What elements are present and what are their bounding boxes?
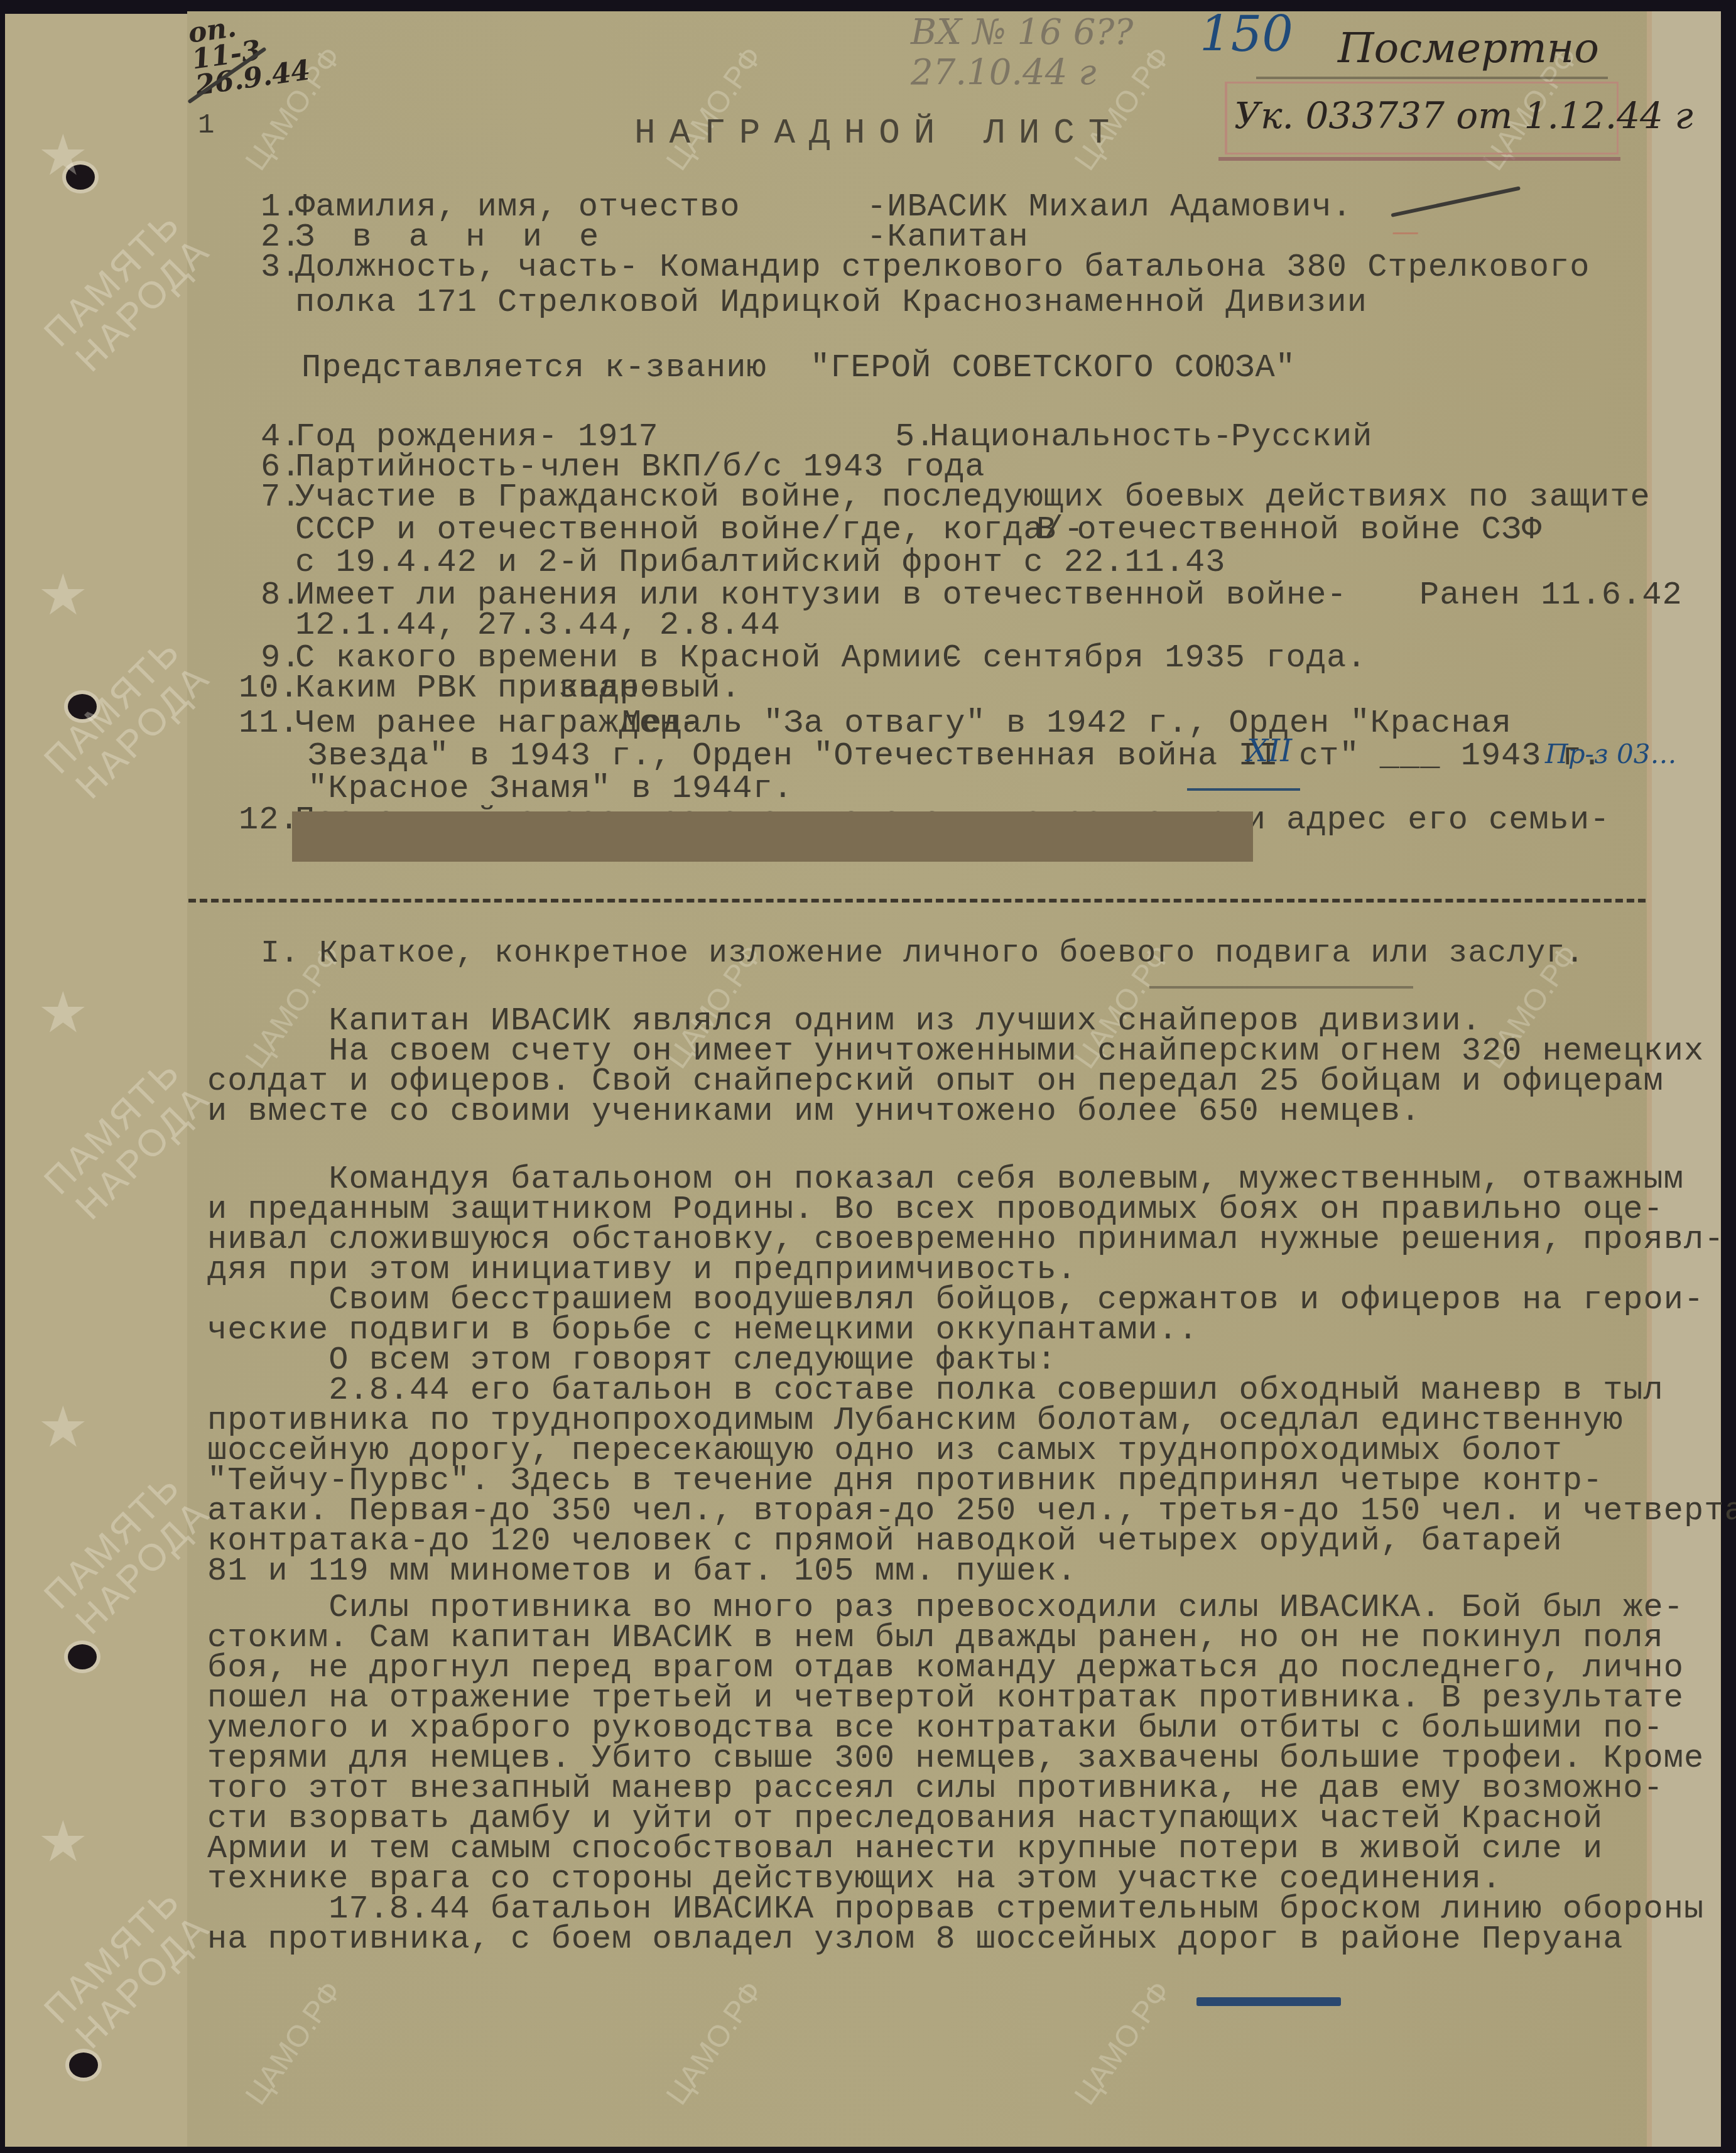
decree-number: Ук. 033737 от 1.12.44 г (1234, 94, 1693, 137)
posthumous-underline (1256, 77, 1608, 79)
star-watermark-icon: ★ (38, 1394, 89, 1460)
item-5-value: Русский (1231, 418, 1372, 455)
order-degree-handwritten: XII (1247, 734, 1292, 769)
item-8-value-cont: 12.1.44, 27.3.44, 2.8.44 (295, 607, 781, 644)
document-title: НАГРАДНОЙ ЛИСТ (634, 113, 1123, 153)
narrative-line: и вместе со своими учениками им уничтоже… (207, 1093, 1421, 1130)
binding-hole-icon (68, 1644, 97, 1669)
archive-reference-note: оп. 11-3 26.9.44 (187, 5, 312, 99)
item-7-value: В отечественной войне СЗФ (1036, 511, 1542, 548)
redacted-address-block (292, 811, 1253, 862)
heading-underline (1149, 986, 1413, 989)
item-3-value: Командир стрелкового батальона 380 Стрел… (659, 249, 1590, 286)
incoming-number: ВХ № 16 6?? (911, 13, 1133, 53)
item-11-number: 11. (239, 705, 300, 742)
star-watermark-icon: ★ (38, 562, 89, 628)
item-11-value-cont: Звезда" в 1943 г., Орден "Отечественная … (308, 737, 1602, 774)
blue-underline-stroke (1187, 788, 1300, 791)
order-margin-note: Пр-з 03… (1545, 739, 1676, 769)
item-7-value-cont: с 19.4.42 и 2-й Прибалтийский фронт с 22… (295, 544, 1225, 581)
item-11-value: Медаль "За отвагу" в 1942 г., Орден "Кра… (622, 705, 1512, 742)
narrative-line: на противника, с боем овладел узлом 8 шо… (207, 1921, 1623, 1958)
narrative-line: 81 и 119 мм минометов и бат. 105 мм. пуш… (207, 1553, 1077, 1590)
incoming-date: 27.10.44 г (911, 53, 1133, 93)
item-3-value-cont: полка 171 Стрелковой Идрицкой Краснознам… (295, 284, 1367, 321)
item-7-label: Участие в Гражданской войне, последующих… (295, 479, 1651, 516)
page-number-handwritten: 150 (1200, 6, 1293, 63)
section-divider (188, 899, 1646, 903)
item-7-label-cont: СССР и отечественной войне/где, когда/- (295, 511, 1084, 548)
nomination-label: Представляется к-званию (301, 349, 767, 386)
incoming-registry-note: ВХ № 16 6?? 27.10.44 г (911, 13, 1133, 93)
item-8-value: Ранен 11.6.42 (1419, 577, 1683, 614)
posthumous-note: Посмертно (1338, 24, 1599, 72)
star-watermark-icon: ★ (38, 1809, 89, 1875)
page-mark: 1 (198, 110, 215, 141)
item-3-label: Должность, часть- (295, 249, 639, 286)
star-watermark-icon: ★ (38, 980, 89, 1046)
blue-correction-scribble (1196, 1997, 1341, 2006)
star-watermark-icon: ★ (38, 122, 89, 188)
narrative-heading: I. Краткое, конкретное изложение личного… (261, 936, 1585, 972)
item-10-number: 10. (239, 670, 300, 707)
item-9-value: С сентября 1935 года. (942, 639, 1367, 676)
binding-hole-icon (69, 2053, 98, 2078)
item-12-number: 12. (239, 801, 300, 838)
nomination-value: "ГЕРОЙ СОВЕТСКОГО СОЮЗА" (810, 349, 1296, 386)
item-10-value: кадровый. (559, 670, 741, 707)
